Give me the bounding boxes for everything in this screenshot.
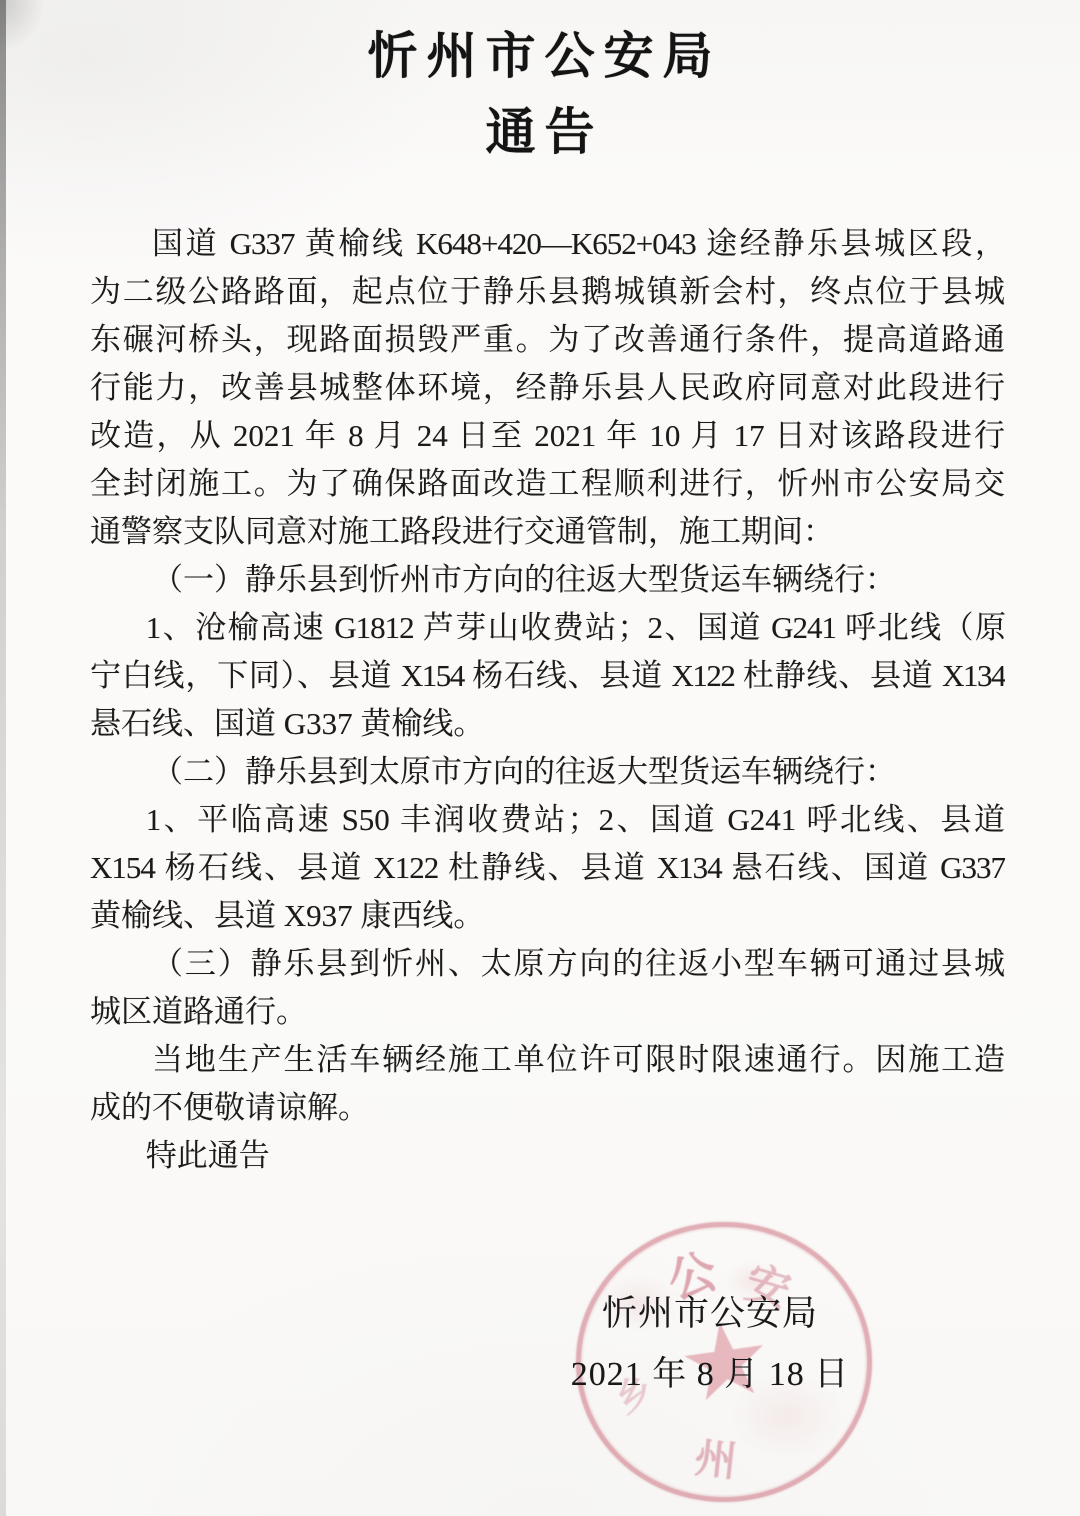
notice-line: 城区道路通行。 (90, 988, 1005, 1036)
notice-line: 行能力，改善县城整体环境，经静乐县人民政府同意对此段进行 (90, 364, 1005, 412)
notice-line: 全封闭施工。为了确保路面改造工程顺利进行，忻州市公安局交 (90, 460, 1005, 508)
notice-line: （二）静乐县到太原市方向的往返大型货运车辆绕行： (90, 748, 1005, 796)
signature-block: 忻州市公安局 2021 年 8 月 18 日 (520, 1292, 900, 1396)
signature-agency: 忻州市公安局 (520, 1292, 900, 1336)
notice-line: 特此通告 (90, 1132, 1005, 1180)
notice-line: 为二级公路路面，起点位于静乐县鹅城镇新会村，终点位于县城 (90, 268, 1005, 316)
agency-title: 忻州市公安局 (0, 26, 1080, 86)
notice-line: 改造，从 2021 年 8 月 24 日至 2021 年 10 月 17 日对该… (90, 412, 1005, 460)
scan-corner-shadow (0, 0, 60, 70)
notice-line: 东碾河桥头，现路面损毁严重。为了改善通行条件，提高道路通 (90, 316, 1005, 364)
notice-line: 国道 G337 黄榆线 K648+420—K652+043 途经静乐县城区段， (90, 220, 1005, 268)
notice-line: （三）静乐县到忻州、太原方向的往返小型车辆可通过县城 (90, 940, 1005, 988)
notice-line: 1、沧榆高速 G1812 芦芽山收费站；2、国道 G241 呼北线（原 (90, 604, 1005, 652)
notice-line: X154 杨石线、县道 X122 杜静线、县道 X134 悬石线、国道 G337 (90, 844, 1005, 892)
title-block: 忻州市公安局 通告 (0, 0, 1080, 162)
notice-line: 黄榆线、县道 X937 康西线。 (90, 892, 1005, 940)
notice-line: 悬石线、国道 G337 黄榆线。 (90, 700, 1005, 748)
notice-line: 当地生产生活车辆经施工单位许可限时限速通行。因施工造 (90, 1036, 1005, 1084)
scan-edge-shadow (0, 0, 6, 1516)
notice-line: 1、平临高速 S50 丰润收费站；2、国道 G241 呼北线、县道 (90, 796, 1005, 844)
notice-line: 通警察支队同意对施工路段进行交通管制，施工期间： (90, 508, 1005, 556)
seal-glyph: 州 (692, 1425, 740, 1489)
notice-page: 忻州市公安局 通告 国道 G337 黄榆线 K648+420—K652+043 … (0, 0, 1080, 1516)
notice-line: 宁白线，下同）、县道 X154 杨石线、县道 X122 杜静线、县道 X134 (90, 652, 1005, 700)
notice-line: （一）静乐县到忻州市方向的往返大型货运车辆绕行： (90, 556, 1005, 604)
notice-body: 国道 G337 黄榆线 K648+420—K652+043 途经静乐县城区段，为… (90, 220, 1005, 1180)
notice-title: 通告 (0, 102, 1080, 162)
signature-date: 2021 年 8 月 18 日 (520, 1354, 900, 1396)
notice-line: 成的不便敬请谅解。 (90, 1084, 1005, 1132)
